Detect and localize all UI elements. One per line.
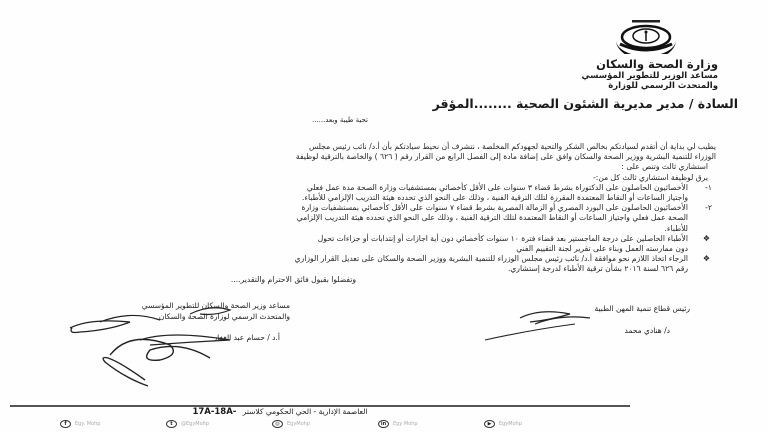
addressee-line: السادة / مدير مديرية الشئون الصحية .....…	[433, 96, 738, 111]
list-item-2-cont: الصحة عمل فعلي واجتياز الساعات أو النقاط…	[16, 213, 716, 223]
office-title-line1: مساعد الوزير للتطوير المؤسسي	[543, 71, 718, 81]
instagram-icon: ◎	[272, 420, 283, 428]
youtube-icon: ▶	[484, 420, 495, 428]
signature-block-right: رئيس قطاع تنمية المهن الطبية د/ هنادي مح…	[510, 303, 690, 336]
list-number: ٢-	[705, 203, 712, 213]
social-twitter[interactable]: t @EgyMohp	[166, 420, 266, 428]
list-item-2-cont2: للأطباء.	[16, 224, 716, 234]
bullet-item-1-cont: دون ممارسته العمل وبناء على تقرير لجنة ا…	[16, 244, 716, 254]
bullet-text: الرجاء اتخاذ اللازم نحو موافقة أ.د/ نائب…	[295, 254, 688, 263]
closing-line: وتفضلوا بقبول فائق الاحترام والتقدير....	[16, 275, 716, 285]
social-instagram[interactable]: ◎ EgyMohp	[272, 420, 372, 428]
signatory-title: رئيس قطاع تنمية المهن الطبية	[510, 303, 690, 314]
ministry-emblem-icon	[606, 20, 686, 54]
intro-line-3: استشاري ثالث وتنص على :	[16, 162, 716, 172]
social-linkedin[interactable]: in Egy Mohp	[378, 420, 478, 428]
diamond-bullet-icon: ❖	[703, 234, 710, 244]
ministry-name: وزارة الصحة والسكان	[543, 57, 718, 71]
signatory-title-line2: والمتحدث الرسمي لوزارة الصحة والسكان	[40, 311, 290, 322]
twitter-icon: t	[166, 420, 177, 428]
intro-line-1: يطيب لي بداية أن أتقدم لسيادتكم بخالص ال…	[16, 142, 716, 152]
footer-social-links: f Egy. Mohp t @EgyMohp ◎ EgyMohp in Egy …	[60, 420, 584, 428]
footer-address: العاصمة الإدارية - الحي الحكومي كلاستر 1…	[130, 407, 430, 417]
office-title-line2: والمتحدث الرسمي للوزارة	[543, 81, 718, 91]
list-number: ١-	[705, 183, 712, 193]
intro-line-2: الوزراء للتنمية البشرية ووزير الصحة والس…	[16, 152, 716, 162]
list-item-1: ١- الأخصائيون الحاصلون على الدكتوراة بشر…	[16, 183, 716, 193]
signatory-name: أ.د / حسام عبد الغفار	[40, 332, 290, 343]
bullet-item-2-cont: رقم ٦٢٦ لسنة ٢٠١٦ بشأن ترقية الأطباء لدر…	[16, 264, 716, 274]
signature-block-left: مساعد وزير الصحة والسكان للتطوير المؤسسي…	[40, 300, 290, 343]
letter-body: يطيب لي بداية أن أتقدم لسيادتكم بخالص ال…	[16, 142, 716, 285]
document-page: وزارة الصحة والسكان مساعد الوزير للتطوير…	[0, 0, 768, 432]
social-youtube[interactable]: ▶ EgyMohp	[484, 420, 584, 428]
list-item-1-cont: واجتياز الساعات أو النقاط المعتمدة المقر…	[16, 193, 716, 203]
cluster-code: 17A-18A-	[192, 407, 236, 417]
list-item-text: الأخصائيون الحاصلون على الدكتوراة بشرط ق…	[307, 183, 688, 192]
facebook-icon: f	[60, 420, 71, 428]
bullet-item-2: ❖ الرجاء اتخاذ اللازم نحو موافقة أ.د/ نا…	[16, 254, 716, 264]
intro-line-4: يرق لوظيفة استشاري ثالث كل من:-	[16, 173, 716, 183]
list-item-text: الأخصائيون الحاصلون على البورد المصري أو…	[301, 203, 688, 212]
bullet-text: الأطباء الحاصلين على درجة الماجستير بعد …	[318, 234, 688, 243]
signatory-title-line1: مساعد وزير الصحة والسكان للتطوير المؤسسي	[40, 300, 290, 311]
address-text: العاصمة الإدارية - الحي الحكومي كلاستر	[243, 407, 368, 416]
greeting: تحية طيبة وبعد......	[312, 116, 368, 124]
list-item-2: ٢- الأخصائيون الحاصلون على البورد المصري…	[16, 203, 716, 213]
letterhead: وزارة الصحة والسكان مساعد الوزير للتطوير…	[518, 2, 718, 82]
social-facebook[interactable]: f Egy. Mohp	[60, 420, 160, 428]
bullet-item-1: ❖ الأطباء الحاصلين على درجة الماجستير بع…	[16, 234, 716, 244]
diamond-bullet-icon: ❖	[703, 254, 710, 264]
linkedin-icon: in	[378, 420, 389, 428]
signatory-name: د/ هنادي محمد	[510, 325, 690, 336]
